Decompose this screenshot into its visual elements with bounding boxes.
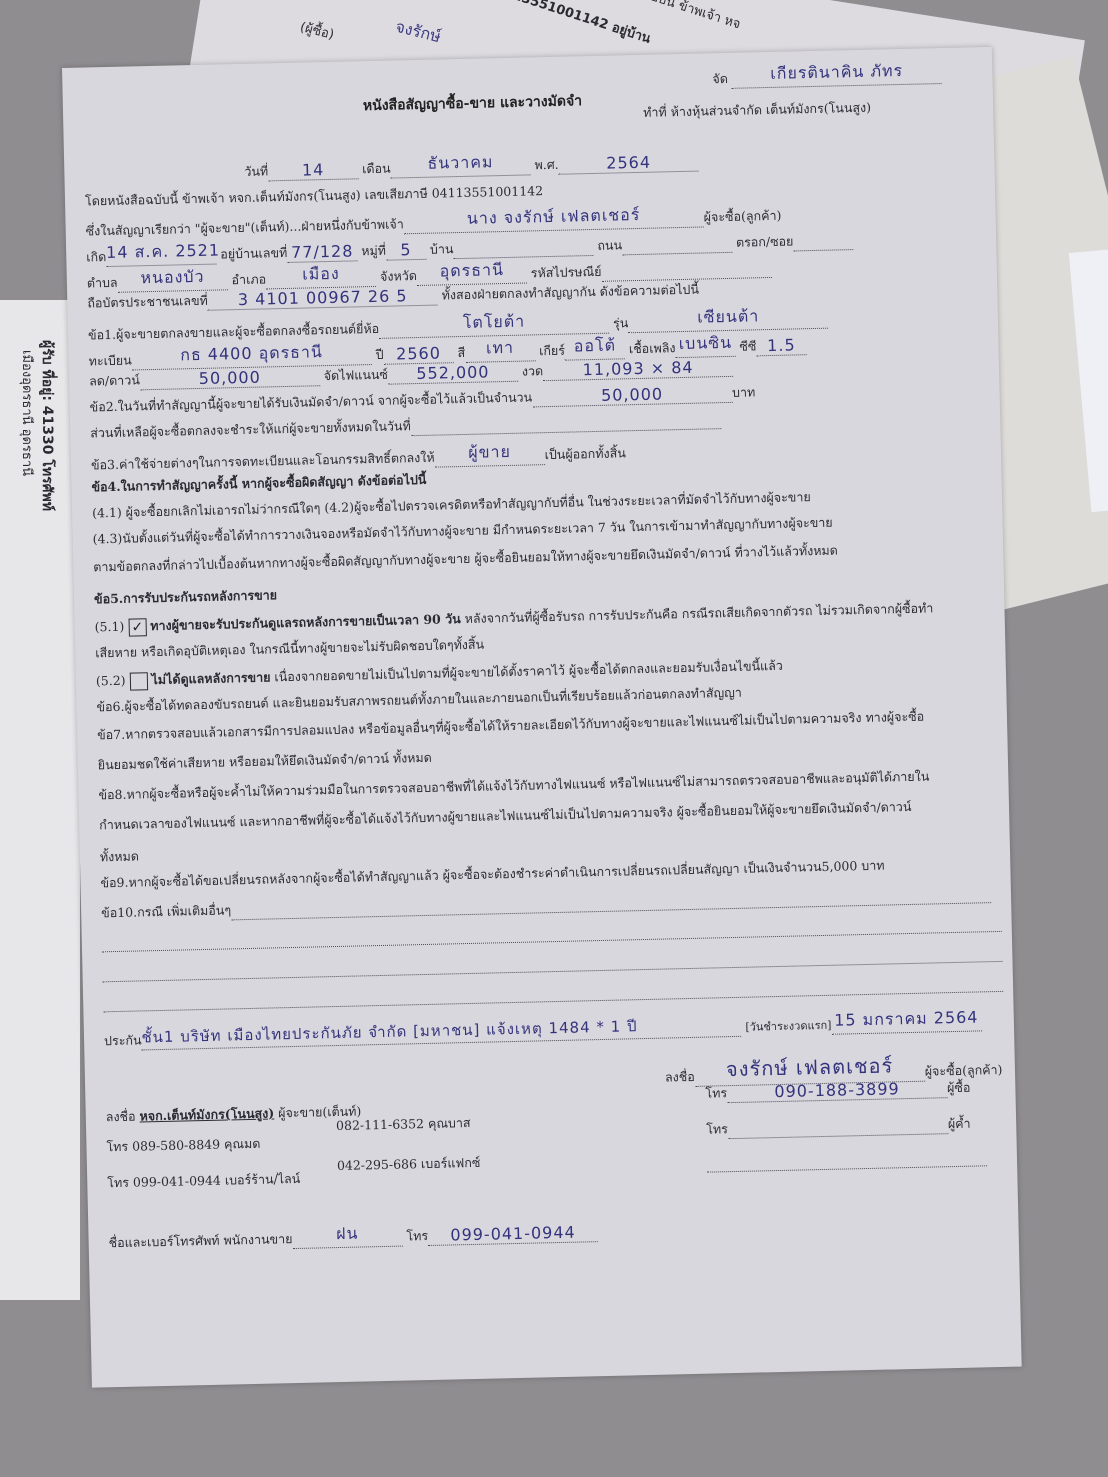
salesperson-phone-field[interactable]: 099-041-0944 xyxy=(428,1222,598,1246)
installment-field[interactable]: 11,093 × 84 xyxy=(543,357,733,381)
cc-field[interactable]: 1.5 xyxy=(756,335,806,356)
road-field[interactable] xyxy=(622,234,732,255)
no-warranty-checkbox[interactable] xyxy=(129,672,147,690)
finance-amount-field[interactable]: 552,000 xyxy=(388,362,518,385)
vehicle-year-field[interactable]: 2560 xyxy=(383,343,453,365)
finance-company-field[interactable]: เกียรตินาคิน ภัทร xyxy=(731,58,942,89)
gear-field[interactable]: ออโต้ xyxy=(565,333,626,360)
first-payment-field[interactable]: 15 มกราคม 2564 xyxy=(831,1005,982,1034)
id-card-field[interactable]: 3 4101 00967 26 5 xyxy=(208,286,438,311)
subdistrict-field[interactable]: หนองบัว xyxy=(117,264,228,292)
warranty-90-checkbox[interactable]: ✓ xyxy=(128,618,146,636)
contract-document: หนังสือสัญญาซื้อ-ขาย และวางมัดจำ จัด เกี… xyxy=(62,47,1022,1388)
fuel-field[interactable]: เบนซิน xyxy=(675,331,736,358)
salesperson-line: ชื่อและเบอร์โทรศัพท์ พนักงานขายฝน โทร099… xyxy=(108,1207,1018,1252)
soi-field[interactable] xyxy=(793,231,853,251)
salesperson-name-field[interactable]: ฝน xyxy=(292,1221,403,1249)
fee-payer-field[interactable]: ผู้ขาย xyxy=(434,439,545,467)
birth-field[interactable]: 14 ส.ค. 2521 xyxy=(106,239,217,267)
bg-text: เมืองอุดรธานี อุดรธานี xyxy=(17,350,38,476)
moo-field[interactable]: 5 xyxy=(386,240,426,261)
color-field[interactable]: เทา xyxy=(465,335,536,363)
deposit-field[interactable]: 50,000 xyxy=(532,383,732,408)
buyer-signature-line: ลงชื่อจงรักษ์ เฟลตเชอร์ผู้จะซื้อ(ลูกค้า) xyxy=(665,1047,1015,1079)
remaining-date-field[interactable] xyxy=(411,410,721,436)
province-field[interactable]: อุดรธานี xyxy=(417,258,528,286)
house-no-field[interactable]: 77/128 xyxy=(287,241,357,263)
day-field[interactable]: 14 xyxy=(268,159,358,181)
seller-name: หจก.เต็นท์มังกร(โนนสูง) xyxy=(139,1105,274,1123)
down-payment-field[interactable]: 50,000 xyxy=(140,366,320,390)
month-field[interactable]: ธันวาคม xyxy=(390,149,531,178)
finance-company-line: จัด เกียรตินาคิน ภัทร xyxy=(712,57,992,87)
year-field[interactable]: 2564 xyxy=(558,152,698,175)
document-title: หนังสือสัญญาซื้อ-ขาย และวางมัดจำ xyxy=(363,90,583,117)
place-line: ทำที่ ห้างหุ้นส่วนจำกัด เต็นท์มังกร(โนนส… xyxy=(643,95,993,127)
bg-text: ผู้รับ ที่อยู่: 41330 โทรศัพท์ xyxy=(36,340,58,511)
insurance-field[interactable]: ชั้น1 บริษัท เมืองไทยประกันภัย จำกัด [มห… xyxy=(141,1012,741,1051)
district-field[interactable]: เมือง xyxy=(266,261,377,289)
